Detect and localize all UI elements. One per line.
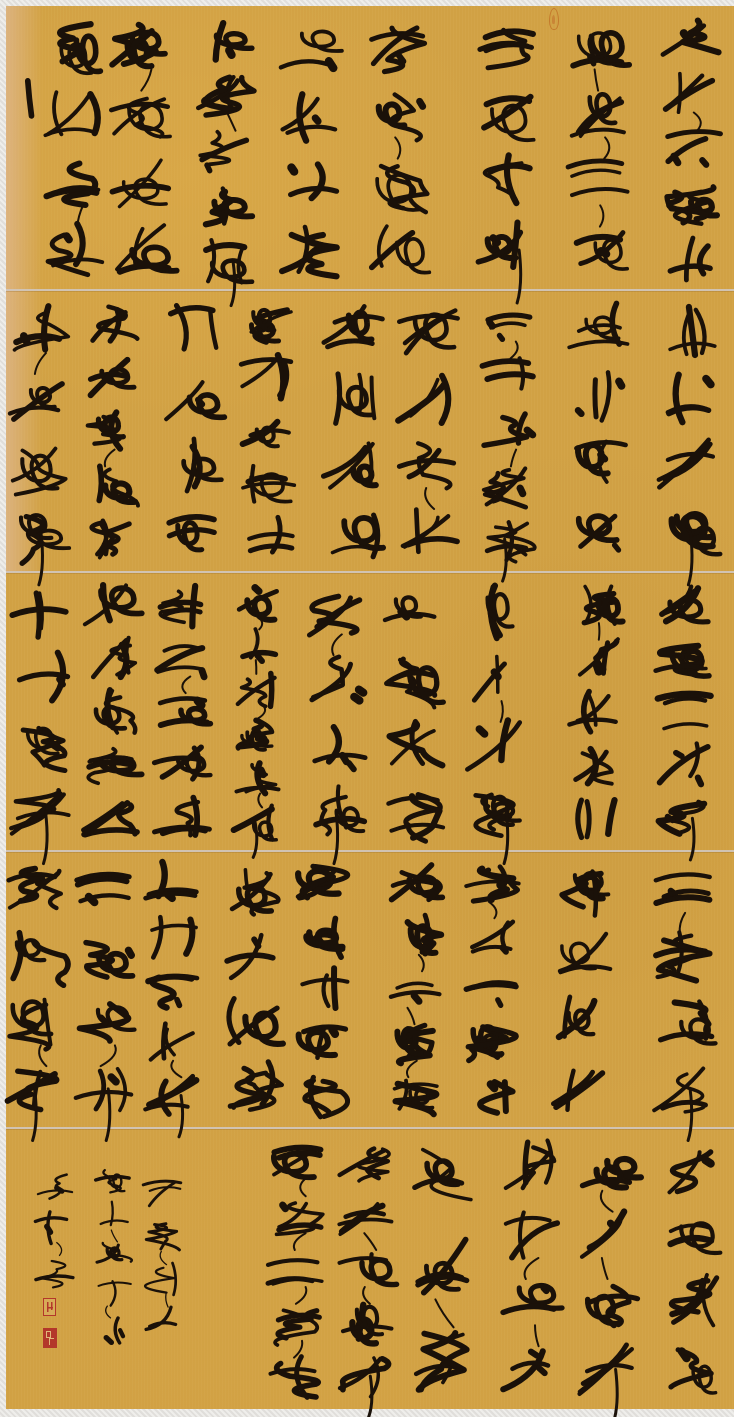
text-column: 遊上國謁	[568, 296, 632, 566]
text-column: 家者流精	[383, 578, 447, 845]
panel-5: 常接遊居 屢蒙激勸 教以筆法 資質劣 弱又嬰物務 不能懇習迄 壬寅秋月 節錄自敘…	[0, 1128, 734, 1409]
text-column: 起於漢代杜度	[226, 578, 290, 845]
text-column: 遠覩前人之	[196, 10, 260, 290]
text-column: 郡張旭長史	[383, 857, 447, 1122]
text-column: 乚	[4, 65, 38, 135]
text-column: 見當代名公	[478, 296, 542, 566]
text-column: 授以至於吳	[461, 857, 525, 1122]
text-column: 甚淺遂擔	[43, 12, 107, 284]
artist-seal-1	[43, 1298, 56, 1316]
inscription-date: 壬寅秋月	[143, 1173, 183, 1343]
text-column: 承口訣手	[553, 857, 617, 1122]
text-column: 笈杖錫西	[658, 296, 722, 566]
text-column: 聞迨乎伯英	[80, 578, 144, 845]
text-column: 常接遊居	[661, 1134, 725, 1403]
text-column: 不以為怪焉	[566, 578, 630, 845]
panel-3: 塵點士大夫 不以為怪焉 顏刑部書 家者流精 草稾之作 起於漢代杜度 崔瑗始以妙 …	[0, 572, 734, 851]
text-column: 崔瑗始以妙	[151, 578, 215, 845]
text-column: 羲獻茲降	[653, 857, 717, 1122]
text-column: 不能懇習迄	[265, 1134, 329, 1403]
text-column: 而模楷精詳	[141, 857, 205, 1122]
text-column: 懷素家長沙	[661, 10, 725, 288]
text-column: 雖姿性顛逸	[290, 857, 354, 1122]
panel-4: 羲獻茲降 承口訣手 授以至於吳 郡張旭長史 雖姿性顛逸 超絕古今 而模楷精詳 特…	[0, 851, 734, 1128]
text-column: 往往遇之豁	[238, 296, 302, 566]
text-column: 錯綜其事	[398, 296, 462, 566]
text-column: 經禪之暇	[478, 12, 542, 284]
text-column: 屢蒙激勸	[578, 1134, 642, 1403]
text-column: 資質劣	[413, 1134, 477, 1403]
text-column: 特為真正	[75, 857, 139, 1122]
text-column: 然恨未能	[278, 12, 342, 284]
text-column: 教以筆法	[500, 1134, 564, 1403]
text-column: 弱又嬰物務	[336, 1134, 400, 1403]
text-column: 奇跡所見	[111, 12, 175, 284]
text-column: 尤擅其美	[10, 578, 74, 845]
text-column: 然心胸略	[163, 296, 227, 566]
text-column: 草稾之作	[308, 578, 372, 845]
text-column: 絹素多所	[8, 296, 72, 566]
panel-2: 笈杖錫西 遊上國謁 見當代名公 錯綜其事 遺編絕簡 往往遇之豁 然心胸略 無疑滯…	[0, 290, 734, 572]
artist-seal-2	[43, 1328, 57, 1348]
text-column: 頗好筆翰	[368, 12, 432, 284]
text-column: 無疑滯魚牋	[80, 296, 144, 566]
panel-1: 懷素家長沙 幼而事佛 經禪之暇 頗好筆翰 然恨未能 遠覩前人之 奇跡所見 甚淺遂…	[0, 6, 734, 290]
text-column: 塵點士大夫	[653, 578, 717, 845]
inscription-note: 節錄自敘帖	[93, 1160, 133, 1350]
calligraphy-artwork: 懷素家長沙 幼而事佛 經禪之暇 頗好筆翰 然恨未能 遠覩前人之 奇跡所見 甚淺遂…	[0, 0, 734, 1417]
text-column: 顏刑部書	[466, 578, 530, 845]
text-column: 真卿早歲	[6, 857, 70, 1122]
artist-signature: 若冰書	[35, 1167, 75, 1290]
text-column: 遺編絕簡	[323, 296, 387, 566]
text-column: 幼而事佛	[568, 12, 632, 284]
text-column: 超絕古今	[221, 857, 285, 1122]
